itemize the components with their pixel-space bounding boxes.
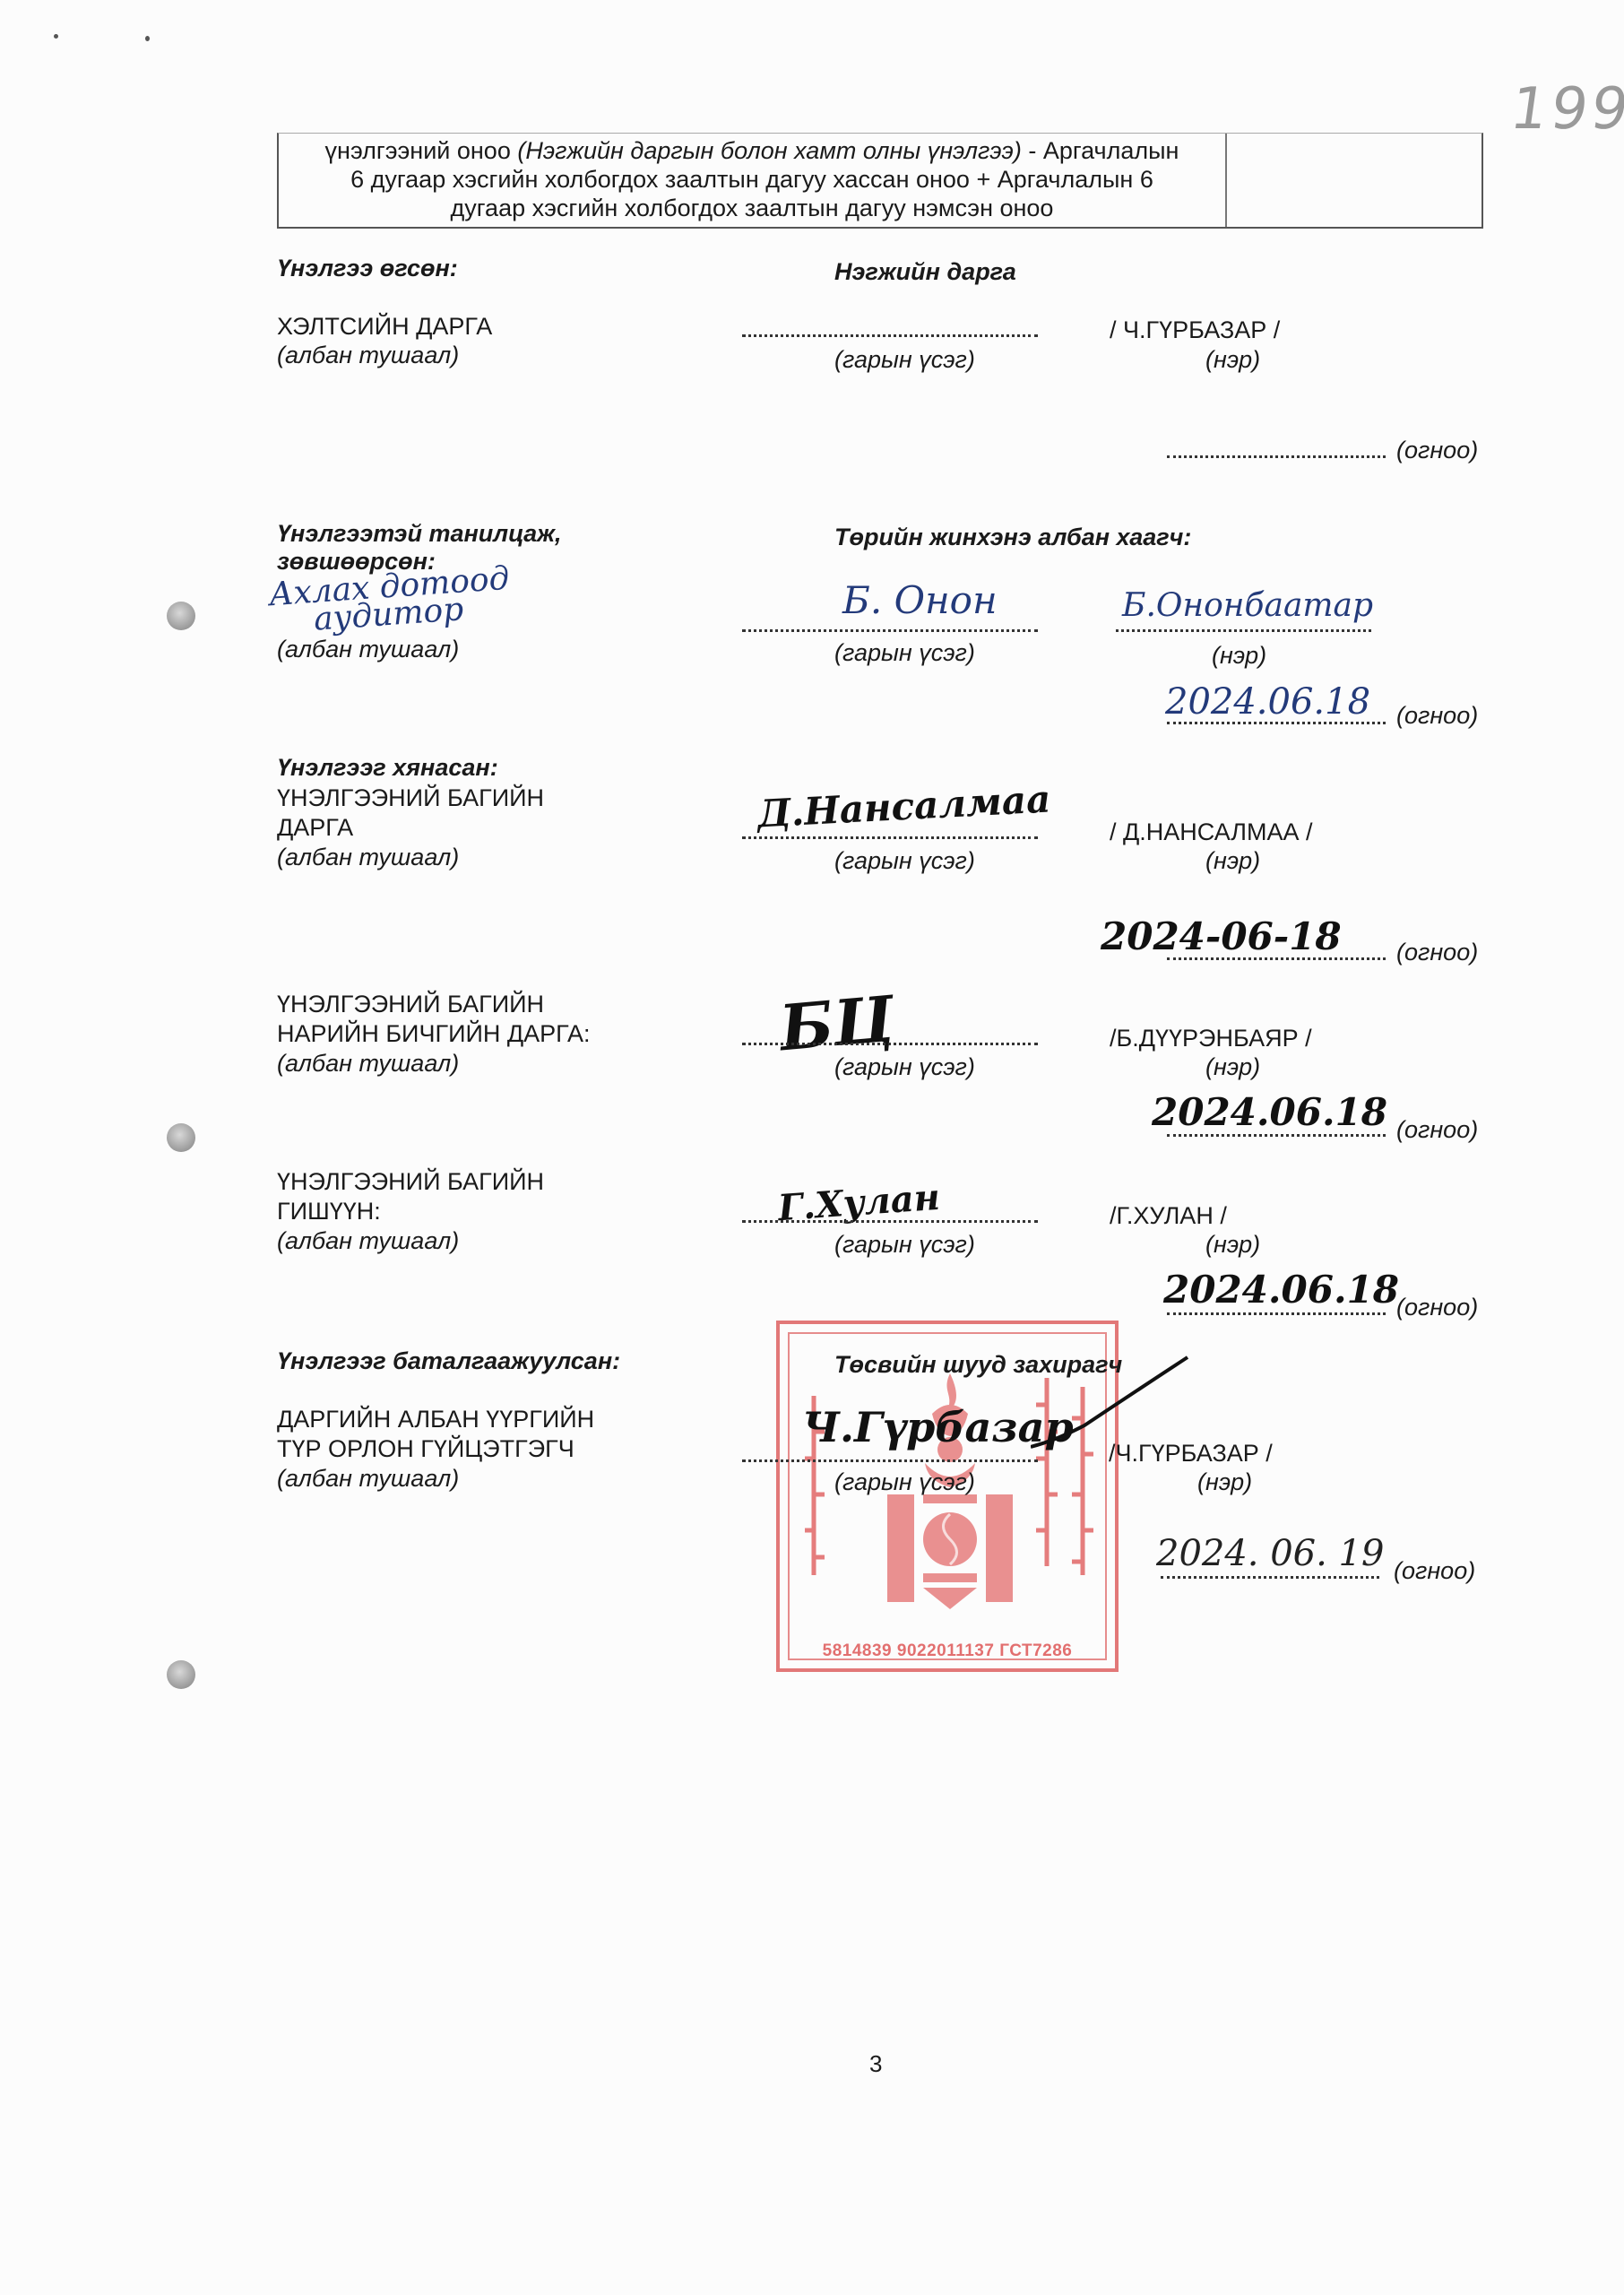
score-line-1-italic: (Нэгжийн даргын болон хамт олны үнэлгээ) xyxy=(517,137,1021,164)
date-line xyxy=(1167,1312,1386,1315)
name-label: (нэр) xyxy=(1205,345,1260,375)
page-number: 3 xyxy=(869,2049,882,2079)
person-name: / Д.НАНСАЛМАА / xyxy=(1110,818,1313,847)
name-label: (нэр) xyxy=(1197,1468,1252,1497)
score-line-3: дугаар хэсгийн холбогдох заалтын дагуу н… xyxy=(279,194,1225,222)
date-handwritten: 2024.06.18 xyxy=(1165,681,1370,723)
date-line xyxy=(1161,1576,1379,1579)
name-handwritten: Б.Ононбаатар xyxy=(1122,587,1373,624)
position-label: (албан тушаал) xyxy=(277,341,459,370)
signature-label: (гарын үсэг) xyxy=(834,846,975,876)
date-label: (огноо) xyxy=(1394,1556,1475,1586)
signature-label: (гарын үсэг) xyxy=(834,1230,975,1260)
score-line-1-tail: - Аргачлалын xyxy=(1022,137,1179,164)
person-name: / Ч.ГҮРБАЗАР / xyxy=(1110,316,1280,345)
position-label: (албан тушаал) xyxy=(277,635,459,664)
signature-label: (гарын үсэг) xyxy=(834,345,975,375)
signature-line xyxy=(742,334,1038,337)
section-role-unit-head: Нэгжийн дарга xyxy=(834,257,1016,287)
date-handwritten: 2024.06.18 xyxy=(1163,1268,1399,1312)
position-title: ҮНЭЛГЭЭНИЙ БАГИЙН xyxy=(277,1167,544,1197)
section-heading-reviewed: Үнэлгээг хянасан: xyxy=(277,753,498,783)
position-label: (албан тушаал) xyxy=(277,1226,459,1256)
position-title-2: ТҮР ОРЛОН ГҮЙЦЭТГЭГЧ xyxy=(277,1434,574,1464)
signature-label: (гарын үсэг) xyxy=(834,1468,975,1497)
signature-handwritten: Ч.Гүрбазар xyxy=(802,1403,1074,1451)
signature-line xyxy=(742,1043,1038,1045)
name-line xyxy=(1116,629,1371,632)
signature-handwritten: Б. Онон xyxy=(842,578,998,622)
stamp-registration-code: 5814839 9022011137 ГСТ7286 xyxy=(780,1641,1115,1661)
punch-hole-icon xyxy=(167,1660,195,1689)
name-label: (нэр) xyxy=(1205,1230,1260,1260)
date-handwritten: 2024.06.18 xyxy=(1152,1090,1387,1134)
signature-line xyxy=(742,836,1038,839)
scan-speck xyxy=(54,34,58,39)
date-line xyxy=(1167,455,1386,458)
signature-handwritten: Д.Нансалмаа xyxy=(756,776,1051,836)
date-label: (огноо) xyxy=(1396,1115,1478,1145)
date-label: (огноо) xyxy=(1396,938,1478,967)
position-title: ХЭЛТСИЙН ДАРГА xyxy=(277,312,492,342)
punch-hole-icon xyxy=(167,1123,195,1152)
name-label: (нэр) xyxy=(1205,846,1260,876)
position-title-2: НАРИЙН БИЧГИЙН ДАРГА: xyxy=(277,1019,591,1049)
date-line xyxy=(1167,1134,1386,1137)
position-title: ҮНЭЛГЭЭНИЙ БАГИЙН xyxy=(277,784,544,813)
folio-number: 199 xyxy=(1507,76,1624,143)
signature-line xyxy=(742,629,1038,632)
position-label: (албан тушаал) xyxy=(277,1464,459,1494)
position-title-2: ГИШҮҮН: xyxy=(277,1197,381,1226)
position-title: ҮНЭЛГЭЭНИЙ БАГИЙН xyxy=(277,990,544,1019)
position-title-2: ДАРГА xyxy=(277,813,353,843)
section-heading-certified: Үнэлгээг баталгаажуулсан: xyxy=(277,1347,620,1376)
date-line xyxy=(1167,722,1386,724)
date-label: (огноо) xyxy=(1396,701,1478,731)
signature-label: (гарын үсэг) xyxy=(834,1052,975,1082)
scan-speck xyxy=(145,36,150,41)
score-table-fragment: үнэлгээний оноо (Нэгжийн даргын болон ха… xyxy=(277,133,1483,229)
person-name: /Г.ХУЛАН / xyxy=(1110,1201,1227,1231)
date-handwritten: 2024. 06. 19 xyxy=(1156,1533,1384,1574)
score-line-1: үнэлгээний оноо xyxy=(325,137,518,164)
date-label: (огноо) xyxy=(1396,1293,1478,1322)
punch-hole-icon xyxy=(167,602,195,630)
date-label: (огноо) xyxy=(1396,436,1478,465)
date-line xyxy=(1167,957,1386,960)
position-title: ДАРГИЙН АЛБАН ҮҮРГИЙН xyxy=(277,1405,594,1434)
signature-label: (гарын үсэг) xyxy=(834,638,975,668)
date-handwritten: 2024-06-18 xyxy=(1101,914,1342,958)
score-description-cell: үнэлгээний оноо (Нэгжийн даргын болон ха… xyxy=(279,134,1227,227)
score-value-cell xyxy=(1229,134,1480,227)
name-label: (нэр) xyxy=(1212,641,1266,671)
position-label: (албан тушаал) xyxy=(277,843,459,872)
signature-line xyxy=(742,1459,1038,1462)
section-role-civil-servant: Төрийн жинхэнэ албан хаагч: xyxy=(834,523,1191,552)
person-name: /Б.ДҮҮРЭНБАЯР / xyxy=(1110,1024,1312,1053)
name-label: (нэр) xyxy=(1205,1052,1260,1082)
section-heading-acknowledged: Үнэлгээтэй танилцаж, xyxy=(277,519,562,549)
position-label: (албан тушаал) xyxy=(277,1049,459,1078)
section-heading-given-by: Үнэлгээ өгсөн: xyxy=(277,254,458,283)
score-line-2: 6 дугаар хэсгийн холбогдох заалтын дагуу… xyxy=(279,165,1225,194)
signature-line xyxy=(742,1220,1038,1223)
person-name: /Ч.ГҮРБАЗАР / xyxy=(1109,1439,1273,1468)
